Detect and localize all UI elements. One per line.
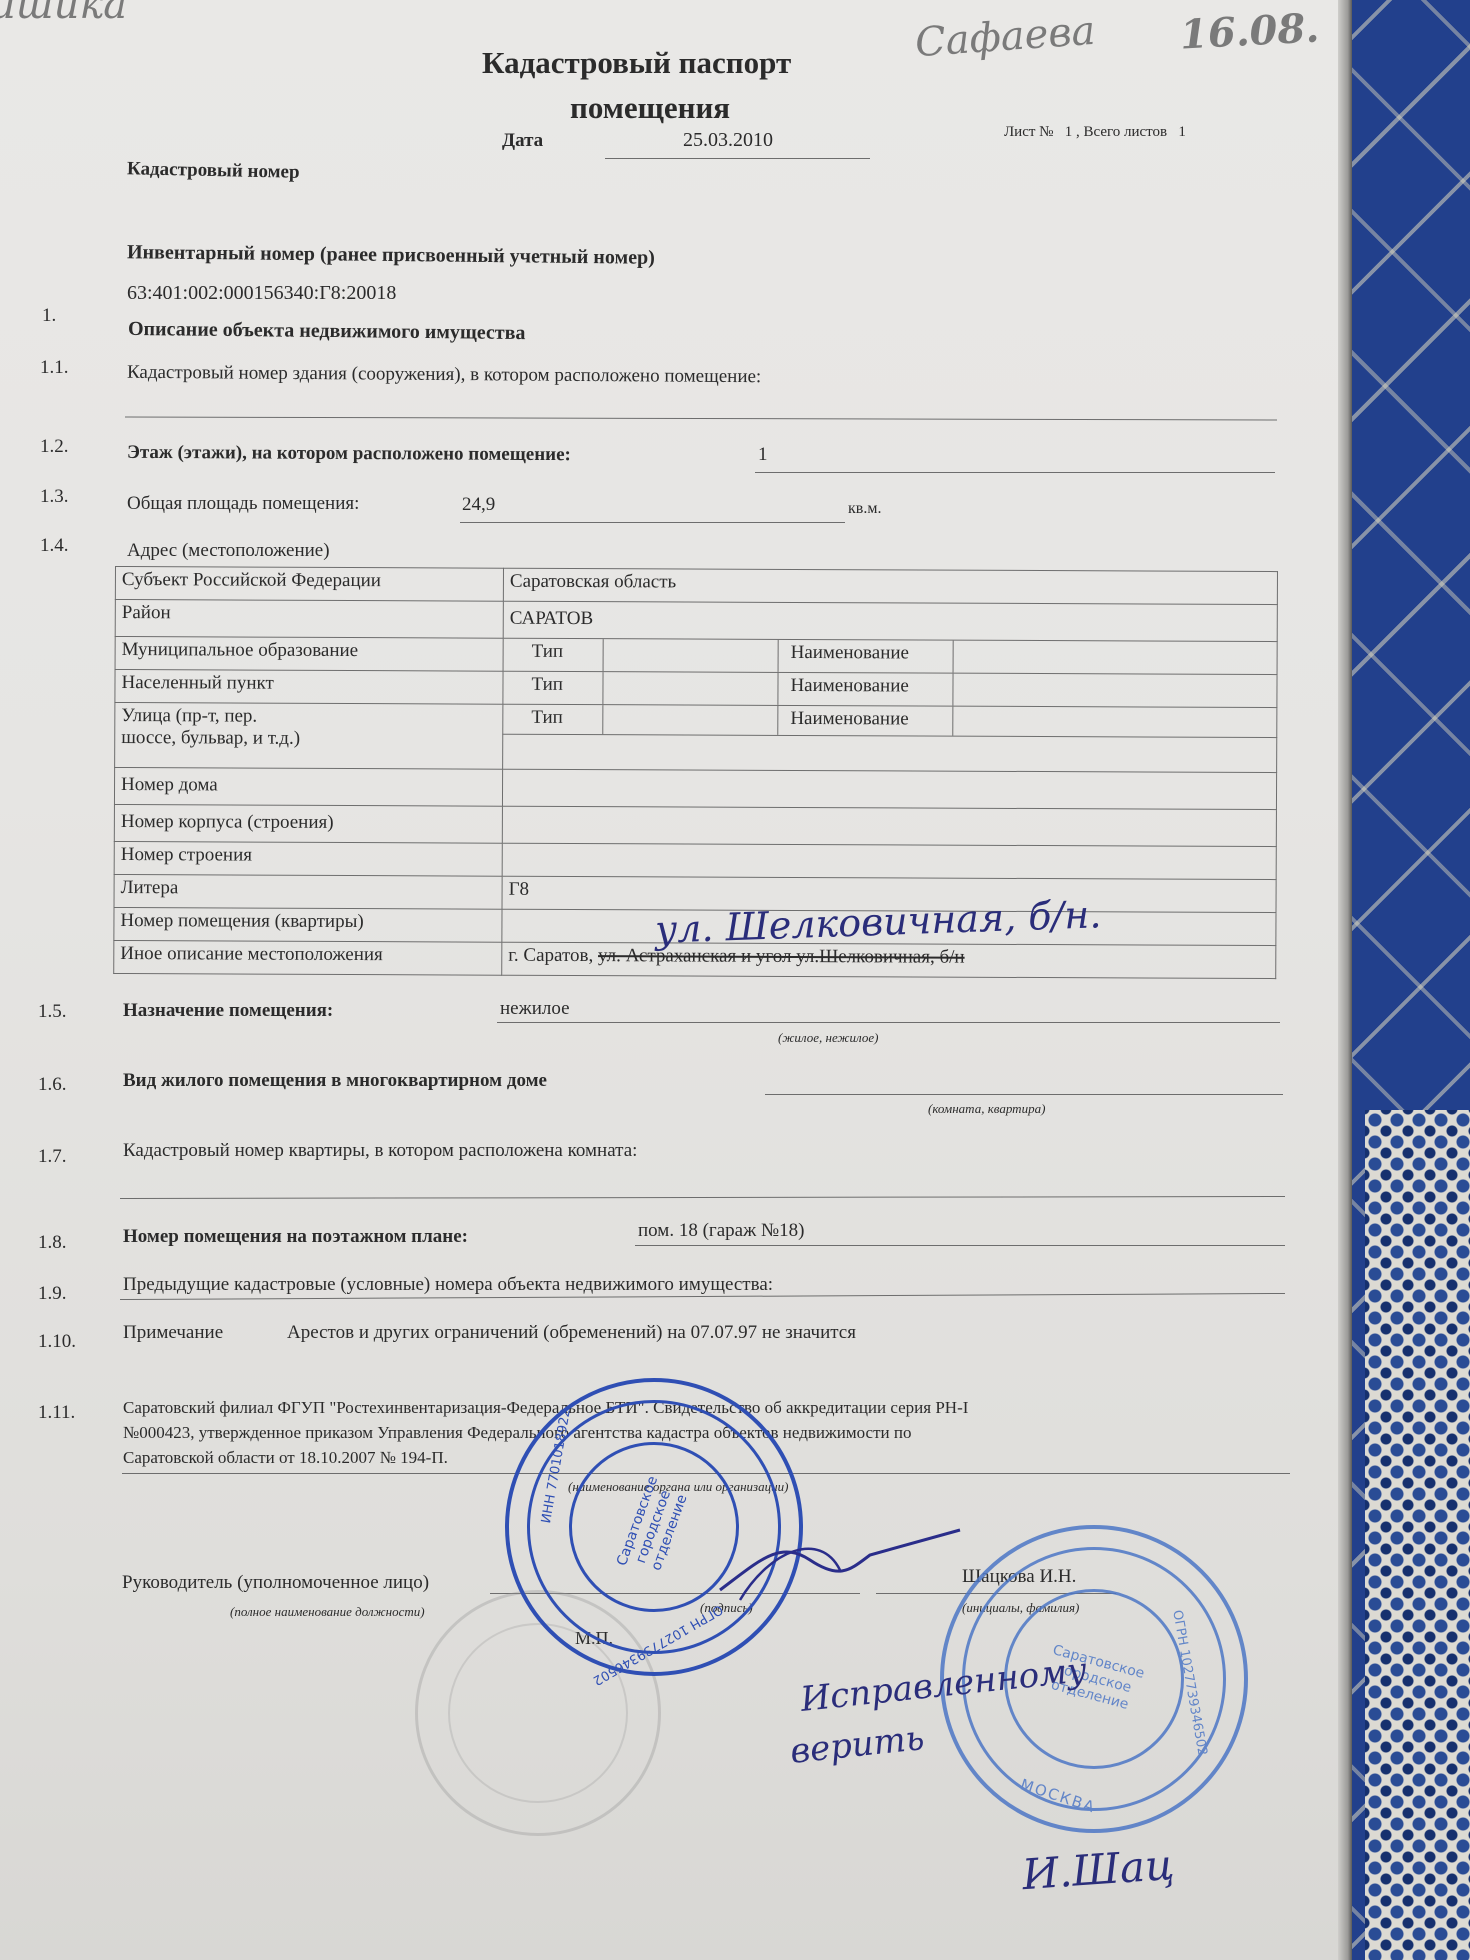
item-label: Вид жилого помещения в многоквартирном д… bbox=[123, 1070, 547, 1092]
item-underline bbox=[755, 472, 1275, 473]
table-label: Субъект Российской Федерации bbox=[115, 567, 503, 602]
table-row: Населенный пункт Тип Наименование bbox=[115, 670, 1277, 708]
table-label: Литера bbox=[114, 874, 502, 909]
table-value bbox=[502, 769, 1276, 809]
section-number: 1. bbox=[42, 305, 56, 327]
stamp-inn: ИНН 7701018922 bbox=[539, 1408, 574, 1525]
item-label: Этаж (этажи), на котором расположено пом… bbox=[127, 442, 571, 466]
item-label: Номер помещения на поэтажном плане: bbox=[123, 1226, 468, 1248]
name-value bbox=[953, 674, 1276, 707]
type-value bbox=[603, 705, 778, 735]
street-label-line1: Улица (пр-т, пер. bbox=[121, 705, 496, 729]
stamp-city: МОСКВА bbox=[1018, 1775, 1098, 1816]
table-row: Номер дома bbox=[114, 768, 1276, 810]
location-struck-text: ул. Астраханская и угол ул.Шелковичная, … bbox=[598, 945, 965, 968]
item-label: Предыдущие кадастровые (условные) номера… bbox=[123, 1274, 773, 1296]
handwritten-correction-note-line2: верить bbox=[788, 1718, 926, 1772]
table-row: Район САРАТОВ bbox=[115, 600, 1277, 642]
table-value: САРАТОВ bbox=[503, 601, 1277, 641]
item-number: 1.10. bbox=[38, 1331, 76, 1353]
table-label: Номер дома bbox=[114, 768, 502, 807]
signatory-role-hint: (полное наименование должности) bbox=[230, 1604, 425, 1620]
table-label: Номер помещения (квартиры) bbox=[114, 907, 502, 942]
table-label: Муниципальное образование bbox=[115, 637, 503, 672]
table-row: Номер строения bbox=[114, 841, 1276, 879]
table-subgrid-cell: Тип Наименование bbox=[503, 671, 1277, 707]
item-underline bbox=[120, 1196, 1285, 1199]
document-page: ишика Сафаева 16.08. Кадастровый паспорт… bbox=[0, 0, 1345, 1960]
item-underline bbox=[460, 522, 845, 523]
item-label: Примечание bbox=[123, 1322, 223, 1344]
handwritten-signature: И.Шац bbox=[1020, 1840, 1175, 1900]
item-number: 1.5. bbox=[38, 1001, 67, 1023]
section-title: Описание объекта недвижимого имущества bbox=[128, 318, 526, 345]
table-row: Субъект Российской Федерации Саратовская… bbox=[115, 567, 1277, 605]
type-value bbox=[604, 639, 779, 672]
handwritten-pencil-note: ишика bbox=[0, 0, 127, 28]
item-label: Назначение помещения: bbox=[123, 1000, 333, 1022]
stamp-ogrn: ОГРН 1027739346502 bbox=[1169, 1609, 1209, 1757]
floor-plan-number-value: пом. 18 (гараж №18) bbox=[638, 1220, 804, 1242]
document-title-line1: Кадастровый паспорт bbox=[482, 45, 791, 81]
other-location-value: г. Саратов, ул. Астраханская и угол ул.Ш… bbox=[502, 942, 1276, 978]
inventory-number-label: Инвентарный номер (ранее присвоенный уче… bbox=[127, 241, 655, 270]
item-number: 1.3. bbox=[40, 486, 69, 508]
organization-line3: Саратовской области от 18.10.2007 № 194-… bbox=[123, 1448, 448, 1468]
item-underline bbox=[125, 416, 1277, 420]
stamp-inner-text: Саратовское городское отделение bbox=[614, 1474, 694, 1580]
table-row: Улица (пр-т, пер. шоссе, бульвар, и т.д.… bbox=[115, 703, 1277, 738]
handwritten-name: Сафаева bbox=[914, 8, 1097, 66]
table-label: Иное описание местоположения bbox=[114, 940, 502, 975]
name-label: Наименование bbox=[778, 706, 953, 736]
item-number: 1.4. bbox=[40, 535, 69, 557]
type-label: Тип bbox=[503, 672, 603, 704]
type-value bbox=[603, 672, 778, 705]
table-label: Населенный пункт bbox=[115, 670, 503, 705]
date-underline bbox=[605, 158, 870, 159]
item-underline bbox=[635, 1245, 1285, 1246]
organization-line2: №000423, утвержденное приказом Управлени… bbox=[123, 1423, 911, 1443]
total-sheets: 1 bbox=[1178, 124, 1186, 140]
table-subgrid-cell: Тип Наименование bbox=[503, 638, 1277, 674]
floor-value: 1 bbox=[758, 444, 768, 466]
table-subgrid-cell: Тип Наименование bbox=[503, 704, 1277, 738]
total-sheets-label: , Всего листов bbox=[1076, 124, 1167, 140]
area-value: 24,9 bbox=[462, 494, 495, 516]
date-value: 25.03.2010 bbox=[683, 129, 773, 152]
item-number: 1.1. bbox=[40, 357, 69, 379]
document-title-line2: помещения bbox=[570, 90, 730, 126]
date-label: Дата bbox=[502, 130, 543, 152]
item-number: 1.6. bbox=[38, 1074, 67, 1096]
table-value bbox=[502, 843, 1276, 879]
table-value bbox=[503, 735, 1277, 773]
item-number: 1.11. bbox=[38, 1402, 75, 1424]
table-label: Номер строения bbox=[114, 841, 502, 876]
inventory-number-value: 63:401:002:000156340:Г8:20018 bbox=[127, 282, 396, 305]
table-label: Улица (пр-т, пер. шоссе, бульвар, и т.д.… bbox=[115, 703, 503, 770]
table-value: Саратовская область bbox=[503, 568, 1277, 604]
table-label: Номер корпуса (строения) bbox=[114, 804, 502, 843]
fabric-pattern-lower bbox=[1365, 1110, 1470, 1960]
signatory-role: Руководитель (уполномоченное лицо) bbox=[122, 1572, 429, 1594]
item-label: Адрес (местоположение) bbox=[127, 540, 330, 562]
note-value: Арестов и других ограничений (обременени… bbox=[287, 1322, 856, 1344]
handwritten-date: 16.08. bbox=[1179, 4, 1320, 58]
signature-scribble-icon bbox=[700, 1500, 990, 1620]
table-row: Муниципальное образование Тип Наименован… bbox=[115, 637, 1277, 675]
table-row: Номер корпуса (строения) bbox=[114, 804, 1276, 846]
table-label: Район bbox=[115, 600, 503, 639]
cadastral-number-label: Кадастровый номер bbox=[127, 158, 300, 184]
name-label: Наименование bbox=[779, 640, 954, 673]
item-number: 1.8. bbox=[38, 1232, 67, 1254]
item-underline bbox=[765, 1094, 1283, 1095]
street-label-line2: шоссе, бульвар, и т.д.) bbox=[121, 727, 496, 751]
purpose-value: нежилое bbox=[500, 998, 570, 1020]
type-label: Тип bbox=[504, 639, 604, 671]
item-hint: (жилое, нежилое) bbox=[778, 1030, 878, 1046]
area-unit: кв.м. bbox=[848, 500, 881, 518]
sheet-info: Лист № 1 , Всего листов 1 bbox=[1004, 124, 1186, 141]
item-underline bbox=[497, 1022, 1280, 1023]
location-plain-text: г. Саратов, bbox=[508, 945, 593, 966]
organization-line1: Саратовский филиал ФГУП "Ростехинвентари… bbox=[123, 1398, 968, 1418]
paper-edge bbox=[1338, 0, 1352, 1960]
name-label: Наименование bbox=[778, 673, 953, 706]
item-label: Общая площадь помещения: bbox=[127, 493, 359, 515]
sheet-number: 1 bbox=[1065, 124, 1073, 140]
item-hint: (комната, квартира) bbox=[928, 1101, 1045, 1117]
item-label: Кадастровый номер здания (сооружения), в… bbox=[127, 362, 761, 388]
name-value bbox=[953, 707, 1276, 738]
item-number: 1.2. bbox=[40, 436, 69, 458]
item-number: 1.7. bbox=[38, 1146, 67, 1168]
table-value bbox=[502, 806, 1276, 846]
item-label: Кадастровый номер квартиры, в котором ра… bbox=[123, 1140, 637, 1162]
sheet-label: Лист № bbox=[1004, 124, 1053, 140]
item-number: 1.9. bbox=[38, 1283, 67, 1305]
type-label: Тип bbox=[503, 705, 603, 735]
name-value bbox=[954, 641, 1277, 674]
